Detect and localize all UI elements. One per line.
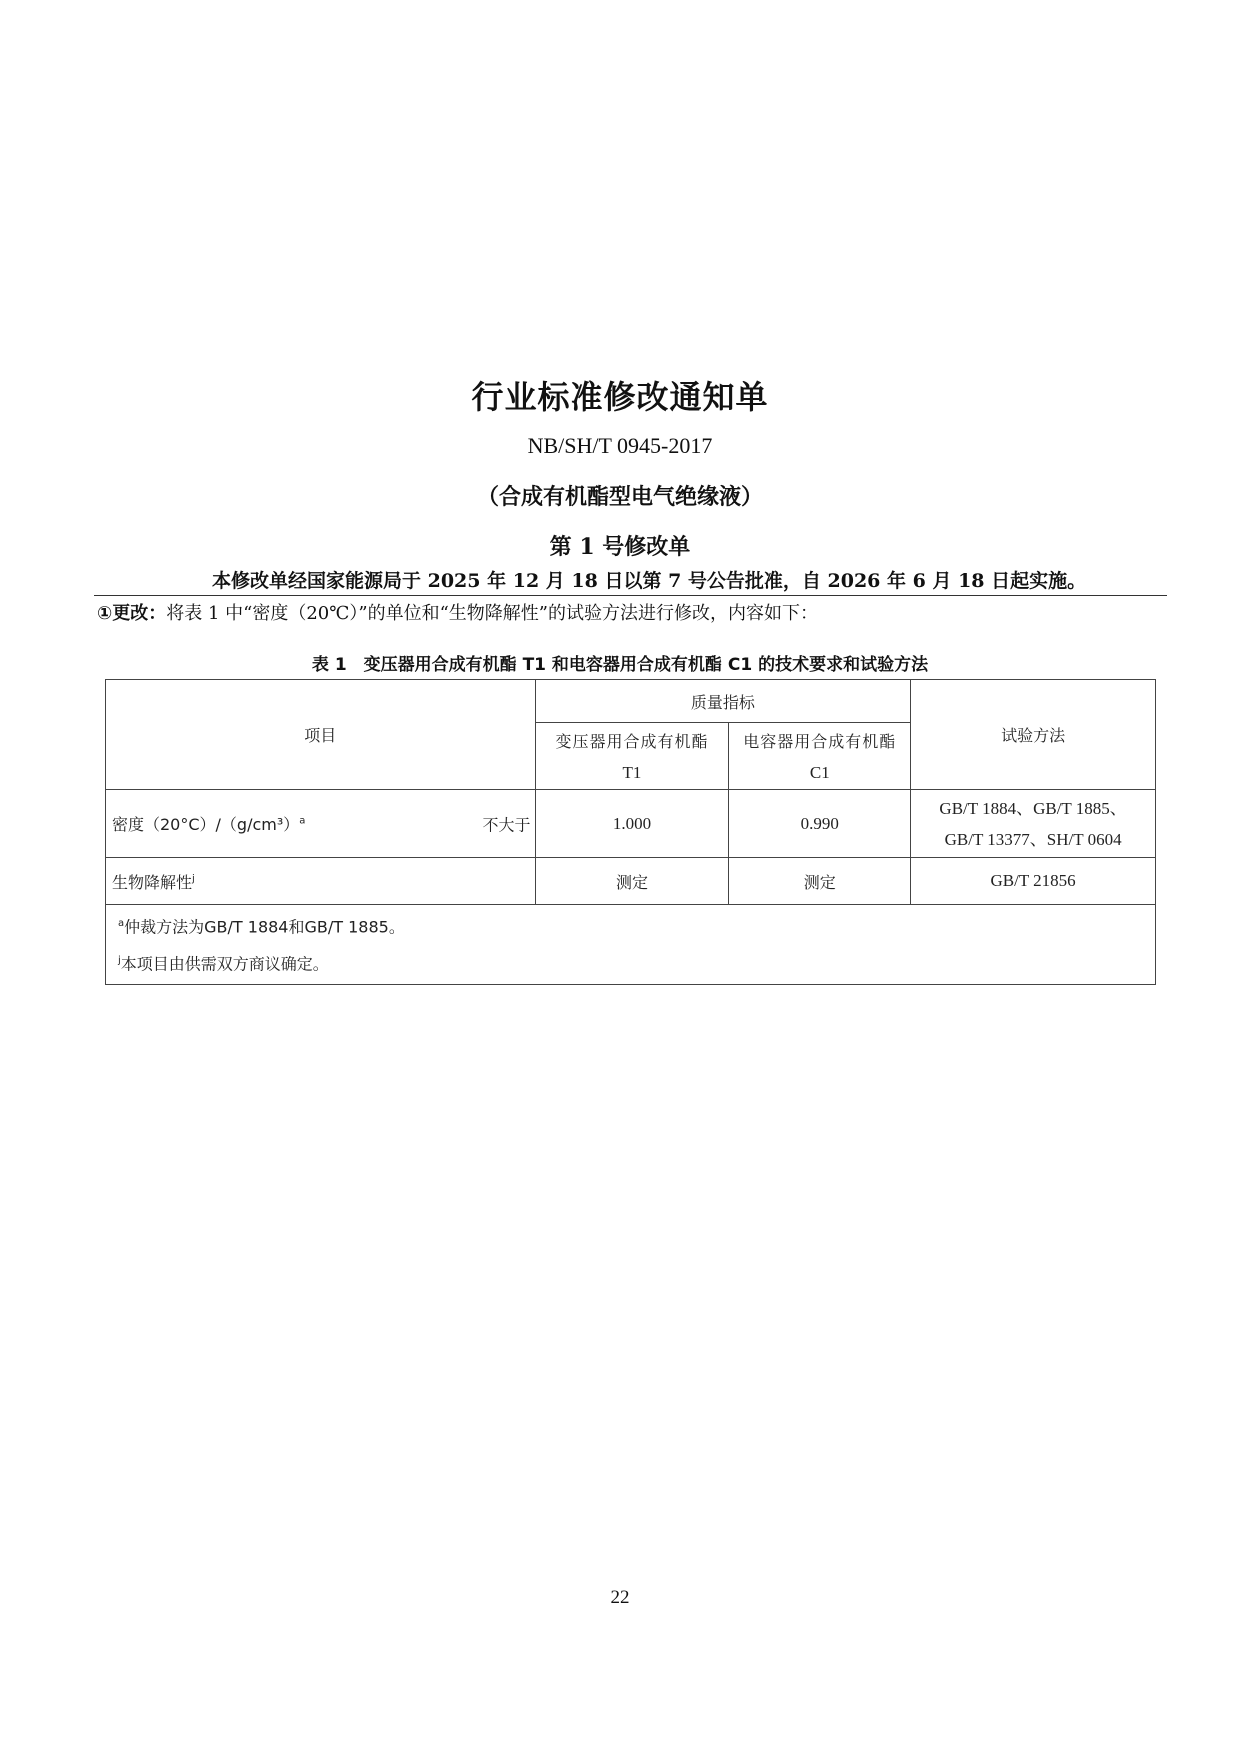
table-footnote-row: a仲裁方法为GB/T 1884和GB/T 1885。 j本项目由供需双方商议确定… [106, 905, 1156, 985]
footnote-ref: j [192, 873, 195, 884]
table-footnotes: a仲裁方法为GB/T 1884和GB/T 1885。 j本项目由供需双方商议确定… [106, 905, 1156, 985]
change-lead: ①更改： [97, 603, 166, 624]
header-item: 项目 [106, 680, 536, 790]
row-biodeg-method: GB/T 21856 [911, 858, 1156, 905]
row-biodeg-c1: 测定 [729, 858, 911, 905]
page-number: 22 [0, 1587, 1240, 1609]
header-method: 试验方法 [911, 680, 1156, 790]
standard-name: （合成有机酯型电气绝缘液） [0, 480, 1240, 511]
spec-table: 项目 质量指标 试验方法 变压器用合成有机酯 T1 电容器用合成有机酯 C1 密… [105, 679, 1156, 985]
row-density-method: GB/T 1884、GB/T 1885、 GB/T 13377、SH/T 060… [911, 790, 1156, 858]
header-quality-group: 质量指标 [535, 680, 911, 723]
header-t1: 变压器用合成有机酯 T1 [535, 723, 729, 790]
row-biodeg-t1: 测定 [535, 858, 729, 905]
row-biodeg-item: 生物降解性j [106, 858, 536, 905]
header-c1: 电容器用合成有机酯 C1 [729, 723, 911, 790]
footnote-a: a仲裁方法为GB/T 1884和GB/T 1885。 [118, 907, 1143, 944]
table-caption: 表 1 变压器用合成有机酯 T1 和电容器用合成有机酯 C1 的技术要求和试验方… [0, 650, 1240, 675]
change-text: 将表 1 中“密度（20℃）”的单位和“生物降解性”的试验方法进行修改，内容如下… [166, 603, 818, 624]
qualifier: 不大于 [483, 812, 531, 835]
header-divider [94, 595, 1167, 596]
amendment-number: 第 1 号修改单 [0, 530, 1240, 561]
document-title: 行业标准修改通知单 [0, 372, 1240, 418]
standard-number: NB/SH/T 0945-2017 [0, 433, 1240, 459]
change-instruction: ①更改：将表 1 中“密度（20℃）”的单位和“生物降解性”的试验方法进行修改，… [97, 599, 818, 625]
footnote-j: j本项目由供需双方商议确定。 [118, 944, 1143, 981]
row-density-c1: 0.990 [729, 790, 911, 858]
row-density-item: 密度（20°C）/（g/cm³）a 不大于 [106, 790, 536, 858]
footnote-ref: a [299, 816, 305, 827]
table-row: 密度（20°C）/（g/cm³）a 不大于 1.000 0.990 GB/T 1… [106, 790, 1156, 858]
table-row: 生物降解性j 测定 测定 GB/T 21856 [106, 858, 1156, 905]
row-density-t1: 1.000 [535, 790, 729, 858]
approval-statement: 本修改单经国家能源局于 2025 年 12 月 18 日以第 7 号公告批准，自… [212, 566, 1086, 593]
table-header-row: 项目 质量指标 试验方法 [106, 680, 1156, 723]
